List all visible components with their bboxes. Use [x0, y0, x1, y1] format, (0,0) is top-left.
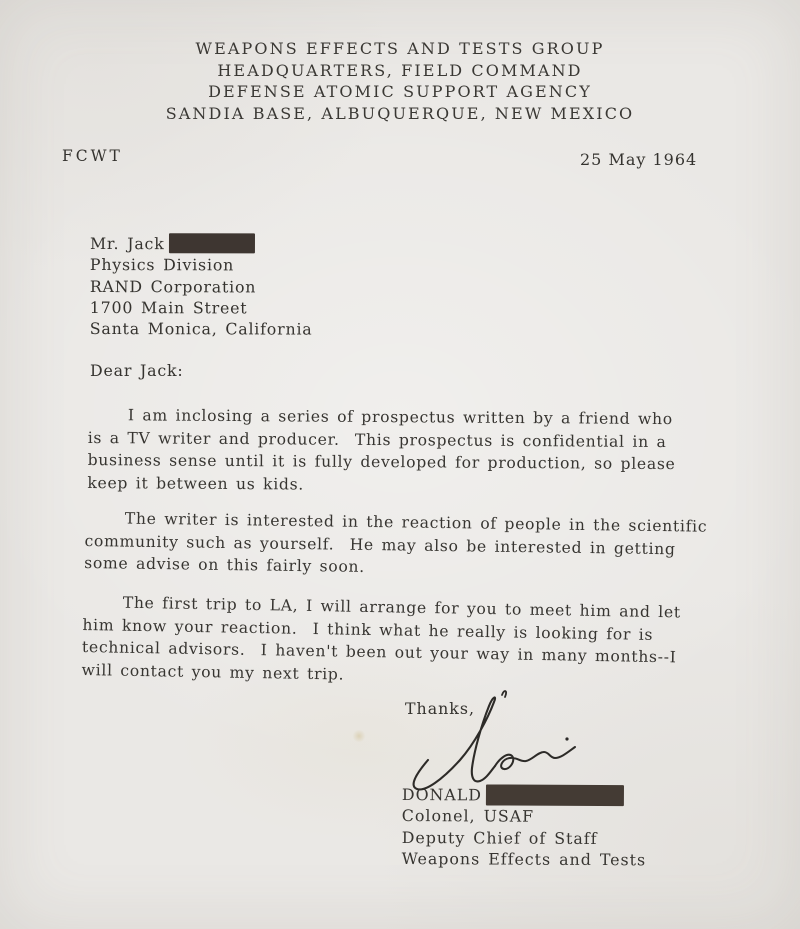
body-paragraph-1: I am inclosing a series of prospectus wr…: [87, 404, 768, 499]
letter-date: 25 May 1964: [580, 150, 697, 169]
body-paragraph-2: The writer is interested in the reaction…: [84, 507, 765, 584]
letterhead-line-2: HEADQUARTERS, FIELD COMMAND: [0, 60, 800, 82]
paper-stain: [352, 730, 366, 742]
recipient-name-line: Mr. Jack: [90, 233, 313, 255]
signer-title-line: Colonel, USAF: [402, 805, 647, 828]
body-paragraph-3: The first trip to LA, I will arrange for…: [81, 591, 762, 693]
redaction-bar-recipient: [169, 233, 255, 253]
letter-page: WEAPONS EFFECTS AND TESTS GROUP HEADQUAR…: [0, 0, 800, 929]
recipient-address-line: RAND Corporation: [90, 276, 313, 298]
handwritten-signature-icon: [398, 688, 598, 800]
recipient-address: Mr. Jack Physics Division RAND Corporati…: [90, 233, 313, 340]
signer-title-line: Weapons Effects and Tests: [402, 848, 647, 871]
letterhead-line-3: DEFENSE ATOMIC SUPPORT AGENCY: [0, 81, 800, 103]
recipient-address-line: 1700 Main Street: [90, 297, 313, 319]
letterhead-line-4: SANDIA BASE, ALBUQUERQUE, NEW MEXICO: [0, 103, 800, 125]
letterhead: WEAPONS EFFECTS AND TESTS GROUP HEADQUAR…: [0, 38, 800, 124]
salutation: Dear Jack:: [90, 361, 184, 380]
recipient-address-line: Santa Monica, California: [90, 318, 313, 340]
recipient-name: Mr. Jack: [90, 234, 165, 253]
recipient-address-line: Physics Division: [90, 254, 313, 276]
letterhead-line-1: WEAPONS EFFECTS AND TESTS GROUP: [0, 38, 800, 60]
signer-title-line: Deputy Chief of Staff: [402, 827, 647, 850]
reference-code: FCWT: [62, 147, 123, 165]
